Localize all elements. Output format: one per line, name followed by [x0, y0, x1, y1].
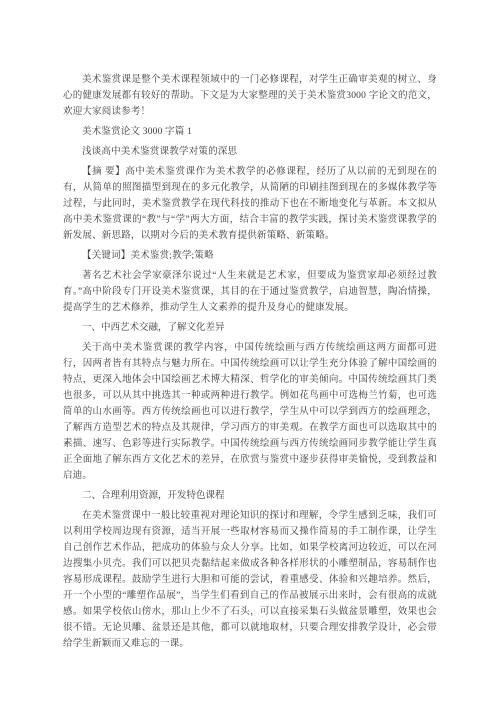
section-1-body: 关于高中美术鉴赏课的教学内容，中国传统绘画与西方传统绘画这两方面都可进行，因两者… [63, 340, 437, 484]
abstract-paragraph: 【摘 要】高中美术鉴赏课作为美术教学的必修课程，经历了从以前的无到现在的有，从简… [63, 164, 437, 244]
lead-paragraph: 著名艺术社会学家豪泽尔说过“人生来就是艺术家，但要成为鉴赏家却必须经过教育。”高… [63, 268, 437, 316]
section-2-heading: 二、合理利用资源，开发特色课程 [63, 488, 437, 504]
essay-list-title: 美术鉴赏论文 3000 字篇 1 [63, 124, 437, 140]
document-page: 美术鉴赏课是整个美术课程领域中的一门必修课程，对学生正确审美观的树立、身心的健康… [0, 0, 500, 707]
intro-paragraph: 美术鉴赏课是整个美术课程领域中的一门必修课程，对学生正确审美观的树立、身心的健康… [63, 72, 437, 120]
keywords-line: 【关键词】美术鉴赏;教学;策略 [63, 248, 437, 264]
essay-title: 浅谈高中美术鉴赏课教学对策的深思 [63, 144, 437, 160]
section-1-heading: 一、中西艺术交融，了解文化差异 [63, 320, 437, 336]
section-2-body: 在美术鉴赏课中一般比较重视对理论知识的探讨和理解，令学生感到乏味，我们可以利用学… [63, 508, 437, 652]
